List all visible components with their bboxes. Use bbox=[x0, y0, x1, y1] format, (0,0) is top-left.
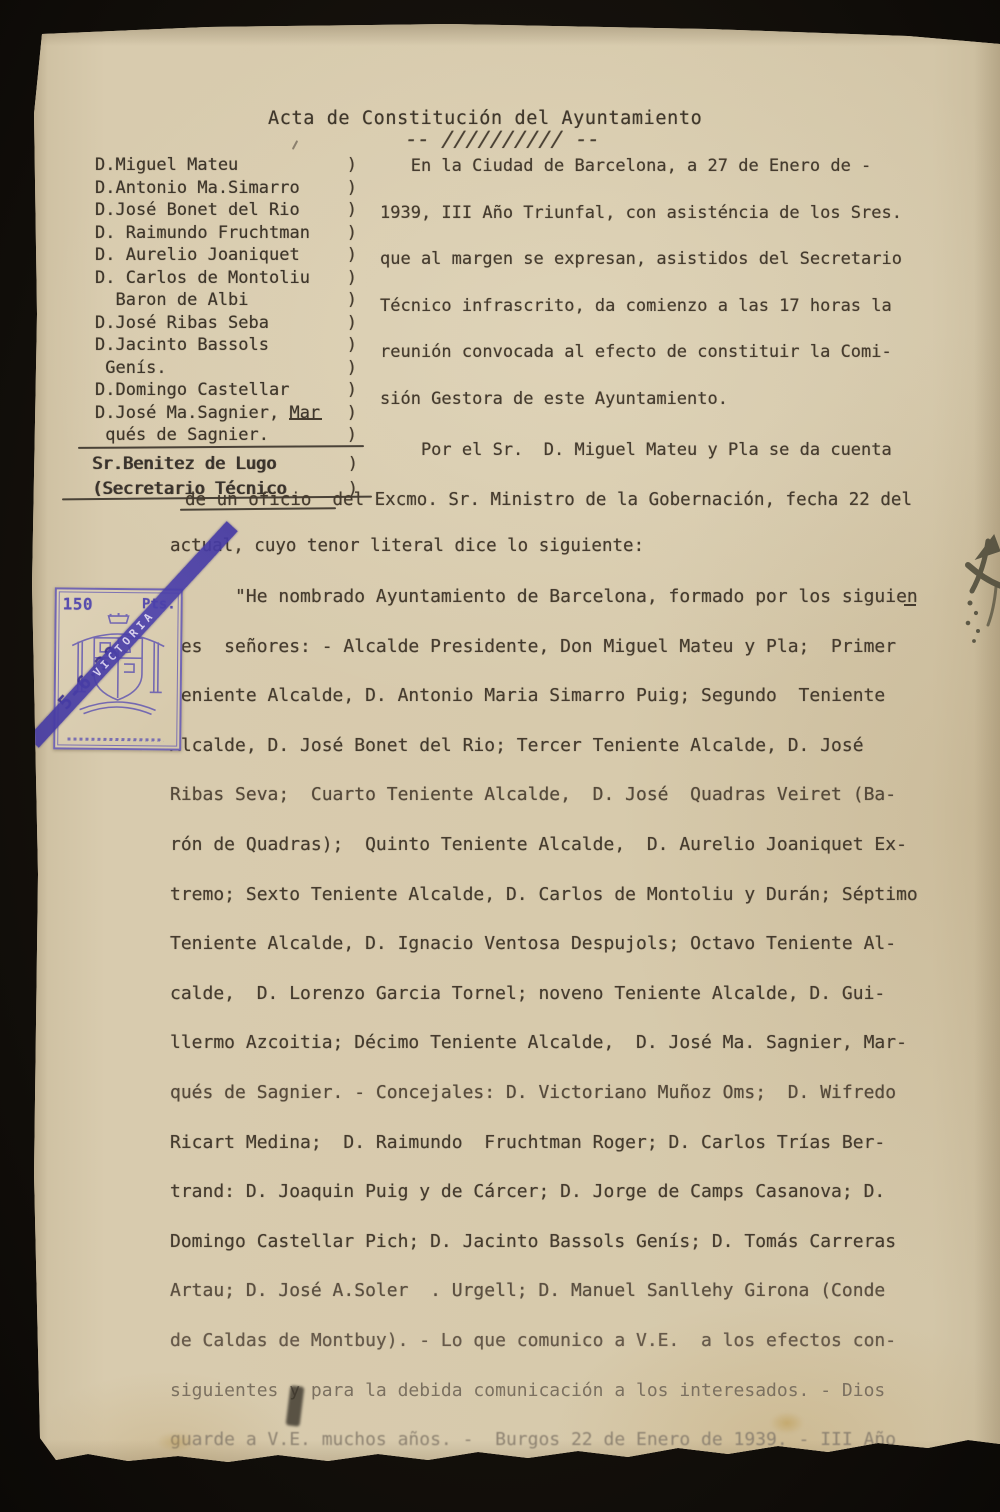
text-line: Domingo Castellar Pich; D. Jacinto Basso… bbox=[170, 1229, 918, 1279]
text-line: Técnico infrascrito, da comienzo a las 1… bbox=[380, 294, 902, 341]
text-line: llermo Azcoitia; Décimo Teniente Alcalde… bbox=[170, 1030, 918, 1080]
attendee-name: D.José Ribas Seba bbox=[95, 312, 269, 335]
margin-bracket: ) bbox=[347, 199, 357, 222]
attendee-name: D.Jacinto Bassols bbox=[95, 334, 269, 357]
pen-tick-mark bbox=[292, 140, 298, 150]
text-line: 1939, III Año Triunfal, con asisténcia d… bbox=[380, 201, 902, 248]
attendee-name: D. Aurelio Joaniquet bbox=[95, 244, 300, 267]
margin-bracket: ) bbox=[347, 402, 357, 425]
oficio-intro-paragraph: de un oficio del Excmo. Sr. Ministro de … bbox=[170, 488, 912, 580]
margin-attendee-list: D.Miguel Mateu ) D.Antonio Ma.Simarro ) … bbox=[95, 154, 357, 447]
text-line: trand: D. Joaquin Puig y de Cárcer; D. J… bbox=[170, 1179, 918, 1229]
text-line: actual, cuyo tenor literal dice lo sigui… bbox=[170, 534, 912, 580]
attendee-name: D.José Bonet del Rio bbox=[95, 199, 300, 222]
margin-attendee-row: D. Raimundo Fruchtman ) bbox=[95, 222, 357, 245]
margin-attendee-row: D.José Ribas Seba ) bbox=[95, 312, 357, 335]
margin-bracket: ) bbox=[347, 379, 357, 402]
scanned-page-background: Acta de Constitución del Ayuntamiento --… bbox=[0, 0, 1000, 1512]
text-line: En la Ciudad de Barcelona, a 27 de Enero… bbox=[380, 154, 902, 201]
paper-stain bbox=[770, 1412, 804, 1434]
text-line: de un oficio del Excmo. Sr. Ministro de … bbox=[170, 488, 912, 534]
margin-attendee-row: D. Aurelio Joaniquet ) bbox=[95, 244, 357, 267]
paper-stain bbox=[156, 1432, 196, 1452]
margin-bracket: ) bbox=[347, 154, 357, 177]
margin-attendee-row: qués de Sagnier. ) bbox=[95, 424, 357, 447]
attendee-name: qués de Sagnier. bbox=[95, 424, 269, 447]
document-page: Acta de Constitución del Ayuntamiento --… bbox=[28, 24, 1000, 1470]
text-line: tremo; Sexto Teniente Alcalde, D. Carlos… bbox=[170, 882, 918, 932]
margin-bracket: ) bbox=[347, 267, 357, 290]
margin-attendee-row: D.Miguel Mateu ) bbox=[95, 154, 357, 177]
margin-bracket: ) bbox=[347, 244, 357, 267]
margin-bracket: ) bbox=[347, 222, 357, 245]
text-line: Artau; D. José A.Soler . Urgell; D. Manu… bbox=[170, 1278, 918, 1328]
ink-mark bbox=[958, 529, 1000, 647]
struck-official-name: Sr.Benitez de Lugo bbox=[92, 452, 276, 477]
pen-separator-line bbox=[78, 445, 364, 449]
margin-attendee-row: D.Jacinto Bassols ) bbox=[95, 334, 357, 357]
text-line: guarde a V.E. muchos años. - Burgos 22 d… bbox=[170, 1427, 918, 1477]
typed-underline-siguien bbox=[904, 604, 916, 606]
text-line: que al margen se expresan, asistidos del… bbox=[380, 247, 902, 294]
attendee-name: D.José Ma.Sagnier, Mar bbox=[95, 402, 320, 425]
margin-bracket: ) bbox=[347, 357, 357, 380]
margin-attendee-row: D.Domingo Castellar ) bbox=[95, 379, 357, 402]
text-line: Ribas Seva; Cuarto Teniente Alcalde, D. … bbox=[170, 782, 918, 832]
text-line: rón de Quadras); Quinto Teniente Alcalde… bbox=[170, 832, 918, 882]
text-line: sión Gestora de este Ayuntamiento. bbox=[380, 387, 902, 434]
margin-attendee-row: D. Carlos de Montoliu ) bbox=[95, 267, 357, 290]
margin-bracket: ) bbox=[347, 312, 357, 335]
revenue-stamp: 150 Pts. 5-6-39 bbox=[53, 587, 183, 750]
margin-bracket: ) bbox=[347, 177, 357, 200]
margin-bracket: ) bbox=[347, 424, 357, 447]
margin-attendee-row: Baron de Albi ) bbox=[95, 289, 357, 312]
text-line: reunión convocada al efecto de constitui… bbox=[380, 340, 902, 387]
struck-official-row: Sr.Benitez de Lugo ) bbox=[92, 452, 358, 477]
text-line: Alcalde, D. José Bonet del Rio; Tercer T… bbox=[170, 733, 918, 783]
margin-bracket: ) bbox=[348, 452, 358, 477]
title-strike-marks: -- ////////// -- bbox=[403, 127, 601, 151]
text-line: qués de Sagnier. - Concejales: D. Victor… bbox=[170, 1080, 918, 1130]
margin-attendee-row: D.Antonio Ma.Simarro ) bbox=[95, 177, 357, 200]
page-title: Acta de Constitución del Ayuntamiento bbox=[268, 108, 702, 129]
margin-attendee-row: D.José Ma.Sagnier, Mar ) bbox=[95, 402, 357, 425]
margin-bracket: ) bbox=[347, 334, 357, 357]
text-line: Teniente Alcalde, D. Ignacio Ventosa Des… bbox=[170, 931, 918, 981]
attendee-name: D. Raimundo Fruchtman bbox=[95, 222, 310, 245]
text-line: "He nombrado Ayuntamiento de Barcelona, … bbox=[170, 584, 918, 634]
attendee-name: D.Antonio Ma.Simarro bbox=[95, 177, 300, 200]
attendee-name: D. Carlos de Montoliu bbox=[95, 267, 310, 290]
attendee-name: D.Miguel Mateu bbox=[95, 154, 238, 177]
text-line: Ricart Medina; D. Raimundo Fruchtman Rog… bbox=[170, 1130, 918, 1180]
margin-attendee-row: D.José Bonet del Rio ) bbox=[95, 199, 357, 222]
attendee-name: Baron de Albi bbox=[95, 289, 249, 312]
coat-of-arms-icon bbox=[59, 611, 176, 724]
por-el-line: Por el Sr. D. Miguel Mateu y Pla se da c… bbox=[380, 440, 892, 460]
attendee-name: Genís. bbox=[95, 357, 167, 380]
attendee-name: D.Domingo Castellar bbox=[95, 379, 289, 402]
text-line: Teniente Alcalde, D. Antonio Maria Simar… bbox=[170, 683, 918, 733]
margin-bracket: ) bbox=[347, 289, 357, 312]
text-line: tes señores: - Alcalde Presidente, Don M… bbox=[170, 634, 918, 684]
text-line: siguientes y para la debida comunicación… bbox=[170, 1378, 918, 1428]
typed-underline-mar bbox=[289, 418, 322, 420]
margin-attendee-row: Genís. ) bbox=[95, 357, 357, 380]
text-line: de Caldas de Montbuy). - Lo que comunico… bbox=[170, 1328, 918, 1378]
opening-paragraph: En la Ciudad de Barcelona, a 27 de Enero… bbox=[380, 154, 902, 433]
decree-body-text: "He nombrado Ayuntamiento de Barcelona, … bbox=[170, 584, 918, 1477]
text-line: calde, D. Lorenzo Garcia Tornel; noveno … bbox=[170, 981, 918, 1031]
